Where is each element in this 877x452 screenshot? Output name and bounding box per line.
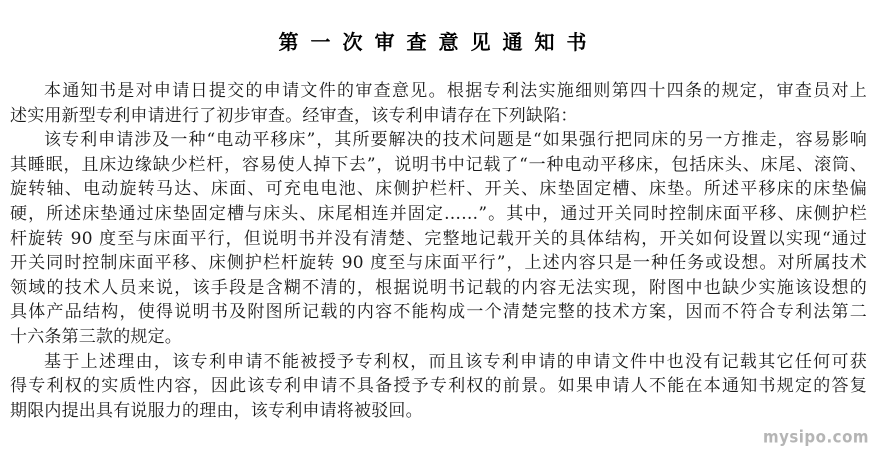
text-line: 得专利权的实质性内容，因此该专利申请不具备授予专利权的前景。如果申请人不能在本通… — [10, 374, 867, 399]
text-line: 具体产品结构，使得说明书及附图所记载的内容不能构成一个清楚完整的技术方案，因而不… — [10, 300, 867, 325]
text-line: 基于上述理由，该专利申请不能被授予专利权，而且该专利申请的申请文件中也没有记载其… — [10, 350, 867, 375]
text-line: 其睡眠，且床边缘缺少栏杆，容易使人掉下去”，说明书中记载了“一种电动平移床，包括… — [10, 153, 867, 178]
paragraph-defect: 该专利申请涉及一种“电动平移床”，其所要解决的技术问题是“如果强行把同床的另一方… — [10, 128, 867, 349]
watermark: mysipo.com — [763, 427, 869, 448]
text-line: 十六条第三款的规定。 — [10, 325, 867, 350]
text-line: 期限内提出具有说服力的理由，该专利申请将被驳回。 — [10, 399, 867, 424]
text-line: 述实用新型专利申请进行了初步审查。经审查，该专利申请存在下列缺陷： — [10, 104, 867, 129]
text-line: 旋转轴、电动旋转马达、床面、可充电电池、床侧护栏杆、开关、床垫固定槽、床垫。所述… — [10, 177, 867, 202]
text-line: 该专利申请涉及一种“电动平移床”，其所要解决的技术问题是“如果强行把同床的另一方… — [10, 128, 867, 153]
text-line: 领域的技术人员来说，该手段是含糊不清的，根据说明书记载的内容无法实现，附图中也缺… — [10, 276, 867, 301]
text-line: 本通知书是对申请日提交的申请文件的审查意见。根据专利法实施细则第四十四条的规定，… — [10, 79, 867, 104]
paragraph-conclusion: 基于上述理由，该专利申请不能被授予专利权，而且该专利申请的申请文件中也没有记载其… — [10, 350, 867, 424]
text-line: 开关同时控制床面平移、床侧护栏杆旋转 90 度至与床面平行”，上述内容只是一种任… — [10, 251, 867, 276]
text-line: 杆旋转 90 度至与床面平行，但说明书并没有清楚、完整地记载开关的具体结构，开关… — [10, 227, 867, 252]
paragraph-intro: 本通知书是对申请日提交的申请文件的审查意见。根据专利法实施细则第四十四条的规定，… — [10, 79, 867, 128]
text-line: 硬，所述床垫通过床垫固定槽与床头、床尾相连并固定……”。其中，通过开关同时控制床… — [10, 202, 867, 227]
document-title: 第一次审查意见通知书 — [0, 29, 877, 55]
document-body: 本通知书是对申请日提交的申请文件的审查意见。根据专利法实施细则第四十四条的规定，… — [10, 79, 867, 423]
